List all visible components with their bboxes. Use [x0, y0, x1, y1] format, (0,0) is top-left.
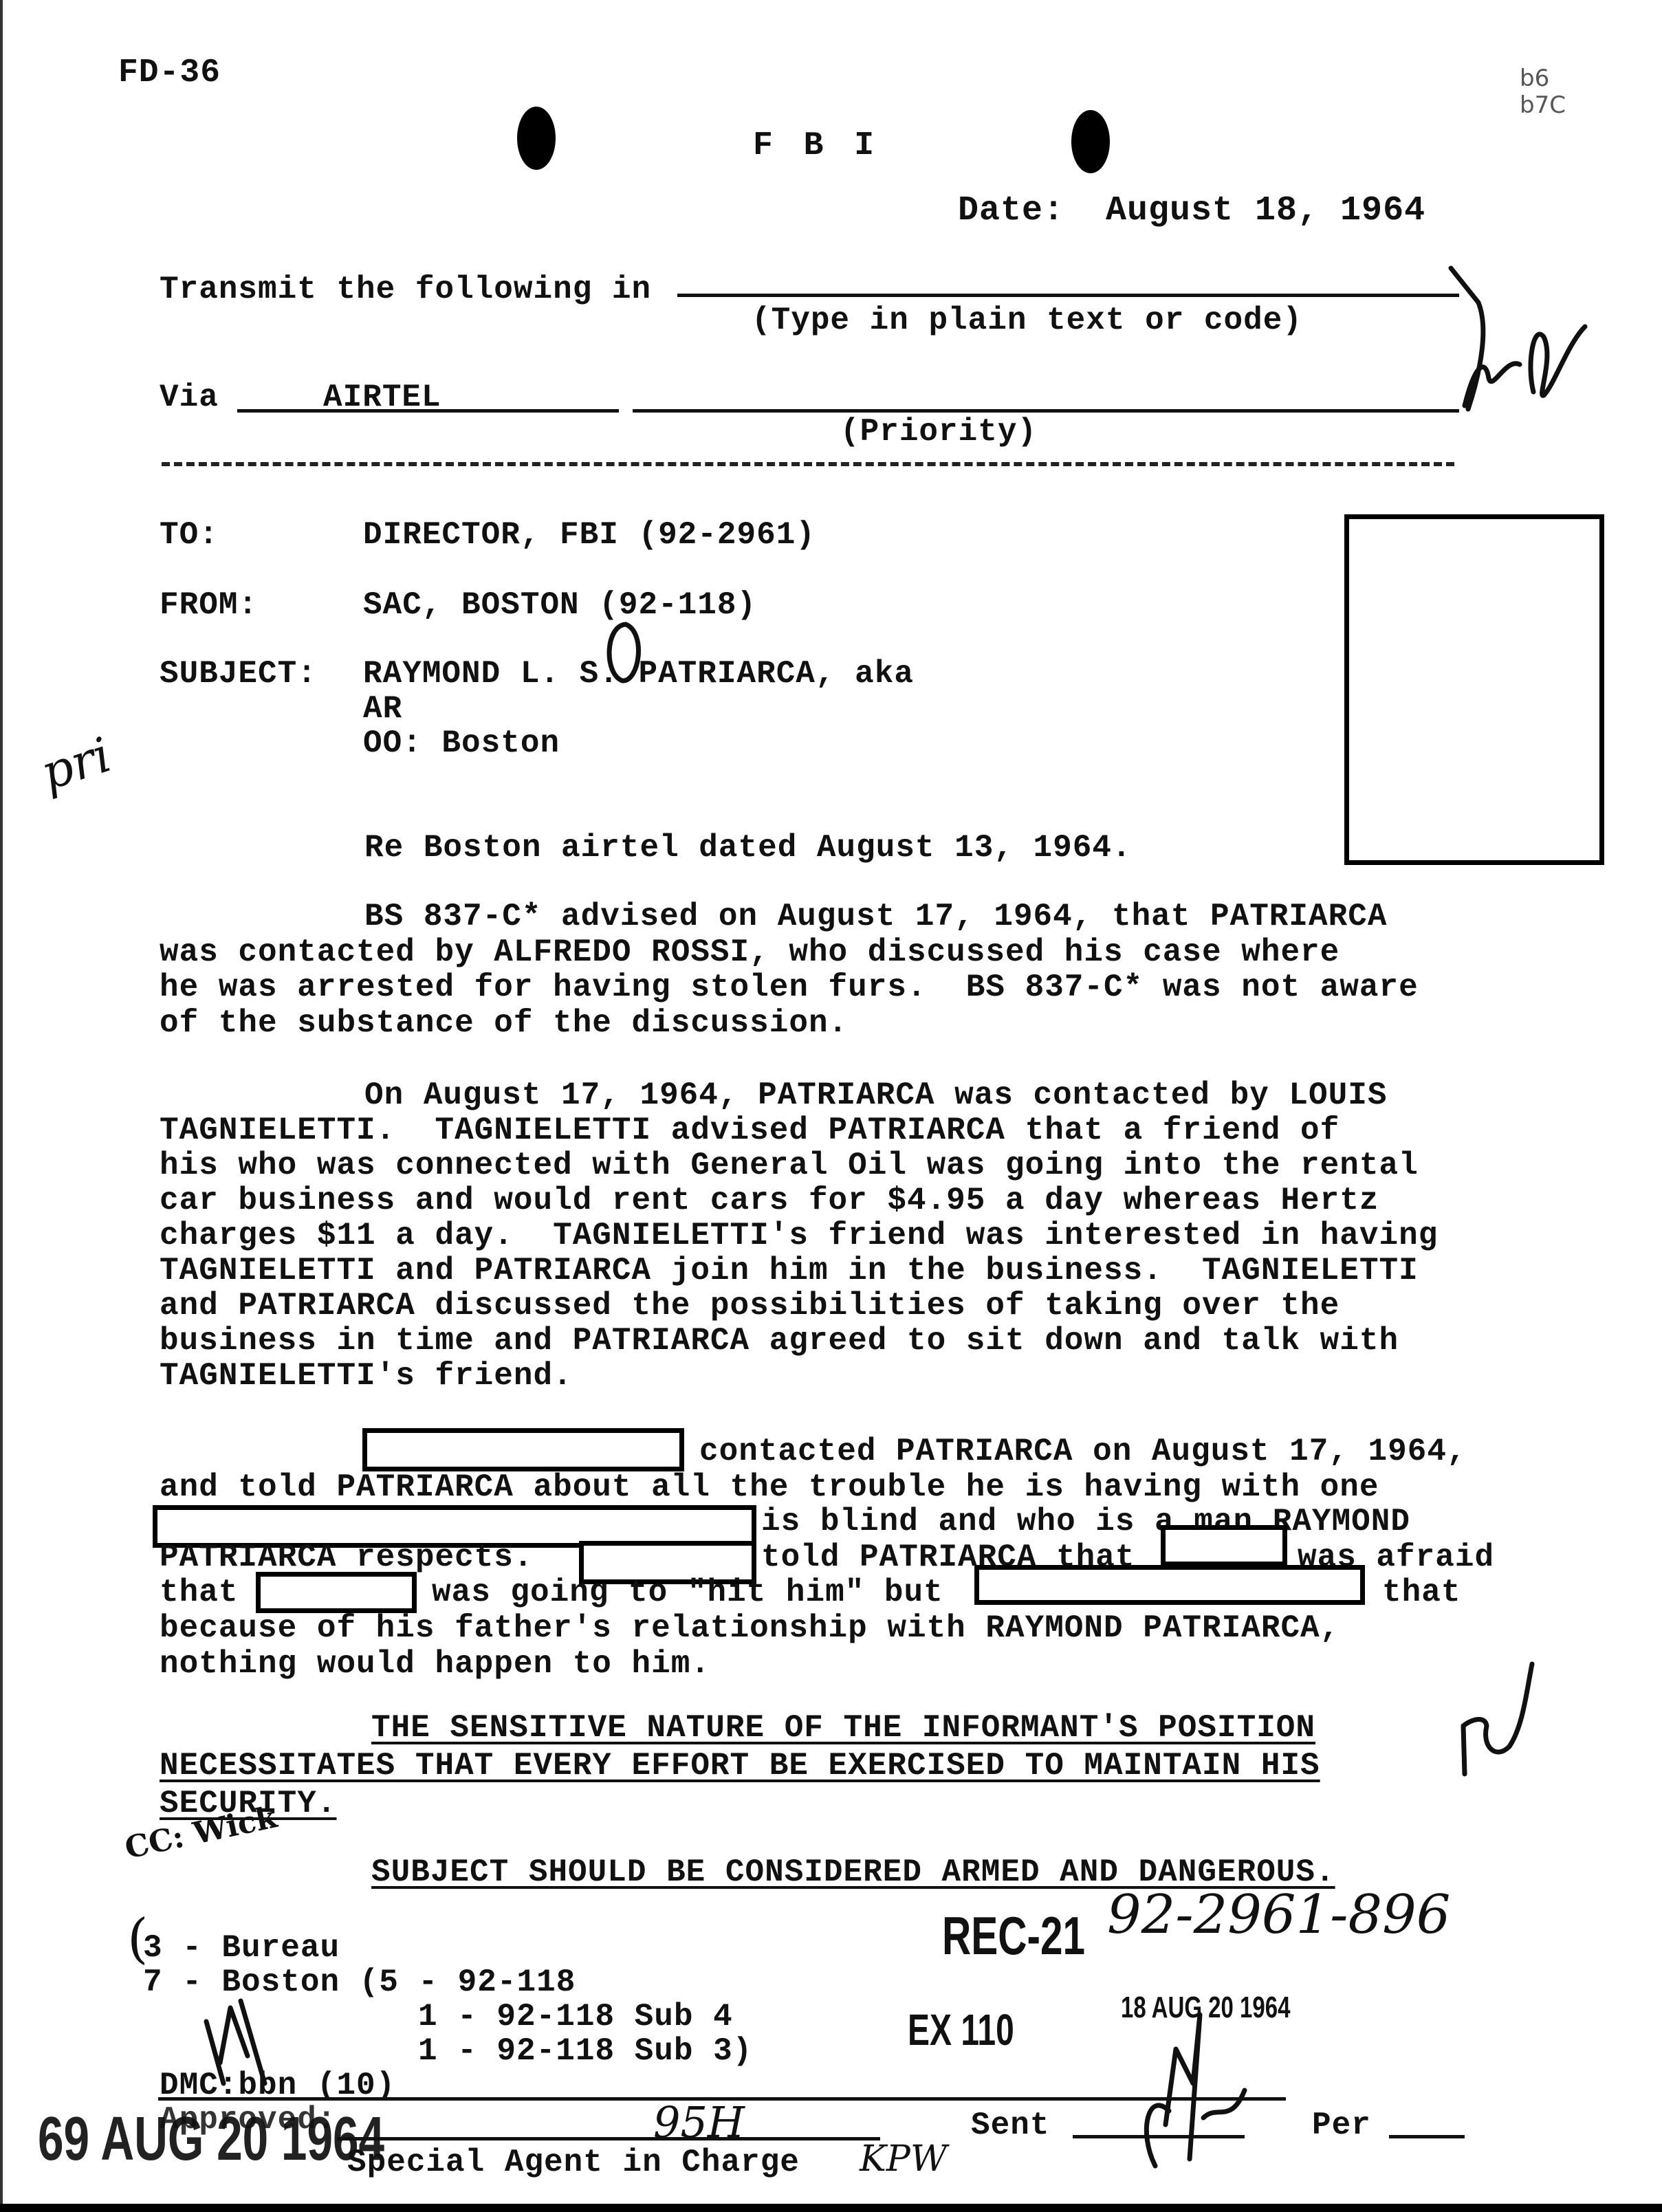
para3-line-5a: that: [160, 1577, 238, 1608]
handwritten-initials-top: [1451, 261, 1588, 426]
priority-hint: (Priority): [840, 416, 1037, 448]
para2-line-6: TAGNIELETTI and PATRIARCA join him in th…: [160, 1255, 1419, 1286]
form-number: FD-36: [118, 56, 221, 89]
para3-line-2: and told PATRIARCA about all the trouble…: [160, 1471, 1379, 1503]
ex-stamp: EX 110: [908, 2004, 1014, 2055]
distribution-bureau: 3 - Bureau: [143, 1932, 340, 1964]
to-label: TO:: [160, 519, 219, 551]
transmit-label: Transmit the following in: [160, 274, 651, 305]
para1-line-4: of the substance of the discussion.: [160, 1007, 848, 1039]
security-notice-line-1: THE SENSITIVE NATURE OF THE INFORMANT'S …: [371, 1712, 1315, 1744]
para2-line-1: On August 17, 1964, PATRIARCA was contac…: [364, 1080, 1387, 1111]
header-divider: [162, 462, 1454, 466]
per-line: [1389, 2135, 1465, 2138]
from-label: FROM:: [160, 589, 258, 621]
para2-line-9: TAGNIELETTI's friend.: [160, 1360, 573, 1392]
handwritten-signature-sent: [1128, 2008, 1265, 2187]
redaction-box-top: [1344, 514, 1604, 865]
punch-hole-left: [517, 107, 556, 170]
transmit-line: [677, 294, 1459, 297]
date-value: August 18, 1964: [1106, 194, 1425, 228]
distribution-sub3: 1 - 92-118 Sub 3): [418, 2035, 752, 2067]
security-notice-line-2: NECESSITATES THAT EVERY EFFORT BE EXERCI…: [160, 1750, 1320, 1782]
para1-line-2: was contacted by ALFREDO ROSSI, who disc…: [160, 937, 1340, 968]
para2-line-3: his who was connected with General Oil w…: [160, 1150, 1419, 1181]
para2-line-2: TAGNIELETTI. TAGNIELETTI advised PATRIAR…: [160, 1115, 1340, 1146]
redaction-box-4: [1161, 1525, 1287, 1566]
para1-line-3: he was arrested for having stolen furs. …: [160, 972, 1419, 1003]
para3-line-5c: that: [1382, 1577, 1461, 1608]
para3-line-3: is blind and who is a man RAYMOND: [761, 1506, 1410, 1537]
subject-line-2: AR: [363, 693, 402, 725]
approved-signature-line: [337, 2137, 880, 2140]
para2-line-4: car business and would rent cars for $4.…: [160, 1185, 1379, 1216]
via-label: Via: [160, 382, 219, 413]
para2-line-5: charges $11 a day. TAGNIELETTI's friend …: [160, 1220, 1438, 1251]
subject-line-3: OO: Boston: [363, 727, 560, 759]
para3-line-1: contacted PATRIARCA on August 17, 1964,: [699, 1436, 1467, 1467]
para3-line-6: because of his father's relationship wit…: [160, 1612, 1340, 1644]
para2-line-8: business in time and PATRIARCA agreed to…: [160, 1325, 1399, 1357]
transmit-hint: (Type in plain text or code): [752, 305, 1302, 336]
punch-hole-right: [1071, 110, 1110, 173]
sac-initials: KPW: [860, 2138, 947, 2180]
approved-handwriting: 95H: [653, 2097, 745, 2147]
via-line: [237, 409, 619, 413]
sent-label: Sent: [971, 2110, 1049, 2141]
to-value: DIRECTOR, FBI (92-2961): [363, 519, 816, 551]
para2-line-7: and PATRIARCA discussed the possibilitie…: [160, 1290, 1340, 1322]
priority-line: [633, 409, 1459, 413]
reference-line: Re Boston airtel dated August 13, 1964.: [364, 832, 1132, 864]
redaction-box-1: [362, 1428, 684, 1471]
redaction-box-5: [256, 1572, 417, 1613]
para3-line-4a: PATRIARCA respects.: [160, 1542, 534, 1573]
agency-title: F B I: [753, 129, 879, 162]
subject-label: SUBJECT:: [160, 658, 317, 690]
para1-line-1: BS 837-C* advised on August 17, 1964, th…: [364, 901, 1387, 932]
file-number-handwritten: 92-2961-896: [1107, 1884, 1450, 1946]
rec-stamp: REC-21: [942, 1905, 1085, 1967]
distribution-sub4: 1 - 92-118 Sub 4: [418, 2001, 733, 2033]
from-value: SAC, BOSTON (92-118): [363, 589, 756, 621]
handwritten-check-mark: [1458, 1650, 1540, 1788]
approved-label: Approved:: [160, 2104, 336, 2136]
per-label: Per: [1312, 2110, 1371, 2141]
handwritten-circle-mark: [598, 619, 653, 688]
page-left-edge: [0, 0, 3, 2212]
sac-label: Special Agent in Charge: [347, 2147, 800, 2178]
redaction-box-6: [974, 1565, 1365, 1605]
date-label: Date:: [958, 194, 1064, 228]
exemption-codes: b6 b7C: [1520, 65, 1566, 119]
page-bottom-edge: [0, 2204, 1662, 2212]
para3-line-7: nothing would happen to him.: [160, 1648, 710, 1680]
margin-handwriting: pri: [34, 726, 118, 801]
para3-line-5b: was going to "hit him" but: [432, 1577, 943, 1608]
